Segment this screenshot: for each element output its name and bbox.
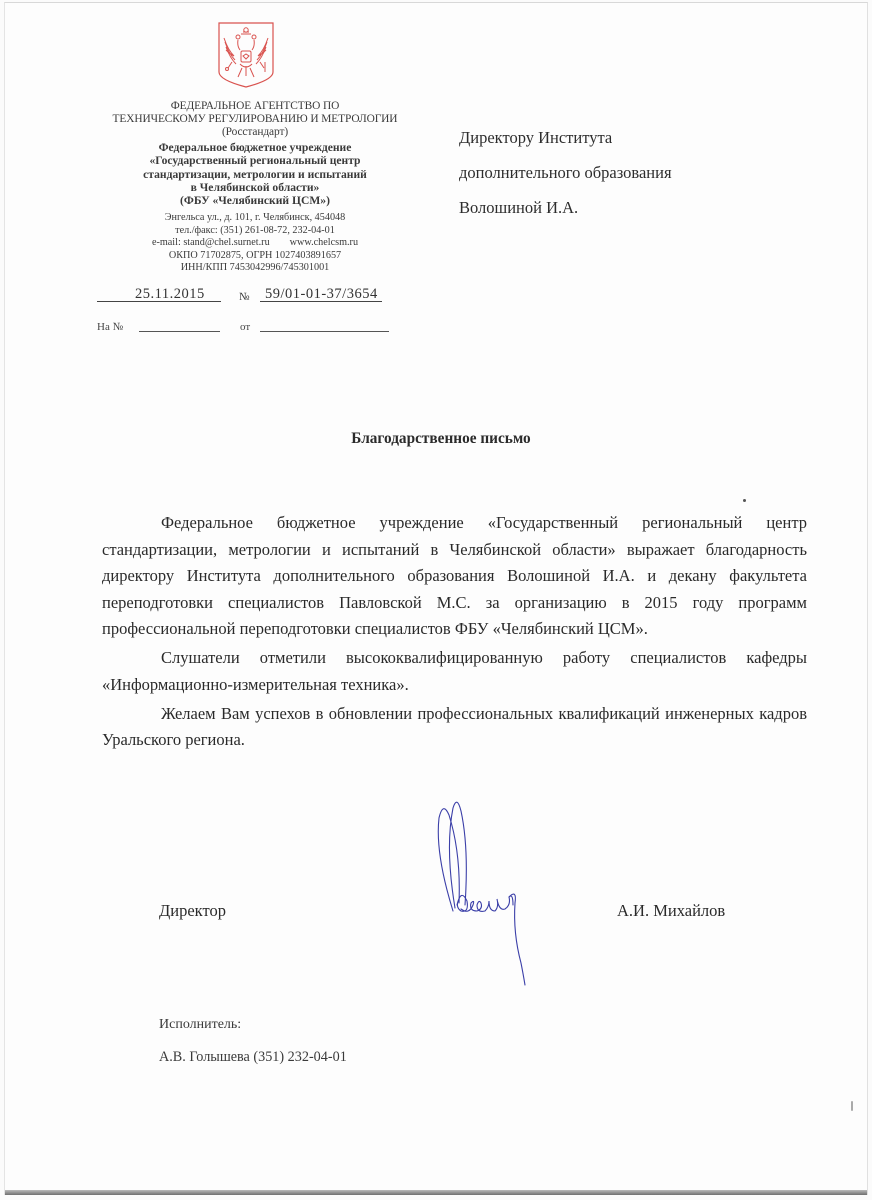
addressee-line: дополнительного образования: [459, 155, 672, 190]
outgoing-number: 59/01-01-37/3654: [265, 286, 378, 303]
reference-date-blank: [260, 331, 389, 332]
reference-date-label: от: [240, 321, 250, 333]
addressee-name: Волошиной И.А.: [459, 190, 672, 225]
phone-fax: тел./факс: (351) 261-08-72, 232-04-01: [105, 225, 405, 237]
document-title: Благодарственное письмо: [5, 430, 872, 448]
coat-of-arms-icon: [216, 20, 276, 90]
agency-abbreviation: (Росстандарт): [105, 126, 405, 139]
institution-line: Федеральное бюджетное учреждение: [105, 141, 405, 154]
scan-speck: [851, 1101, 853, 1111]
scan-bottom-edge: [5, 1190, 867, 1195]
executor-contact: А.В. Голышева (351) 232-04-01: [159, 1049, 347, 1066]
institution-line: «Государственный региональный центр: [105, 154, 405, 167]
agency-line: ТЕХНИЧЕСКОМУ РЕГУЛИРОВАНИЮ И МЕТРОЛОГИИ: [105, 113, 405, 126]
letter-page: ФЕДЕРАЛЬНОЕ АГЕНТСТВО ПО ТЕХНИЧЕСКОМУ РЕ…: [4, 2, 868, 1195]
email-website-line: e-mail: stand@chel.surnet.ruwww.chelcsm.…: [105, 237, 405, 249]
signatory-role: Директор: [159, 901, 226, 921]
scan-speck: [743, 499, 746, 502]
agency-name: ФЕДЕРАЛЬНОЕ АГЕНТСТВО ПО ТЕХНИЧЕСКОМУ РЕ…: [105, 100, 405, 139]
letter-body: Федеральное бюджетное учреждение «Госуда…: [102, 510, 807, 756]
website-link[interactable]: www.chelcsm.ru: [290, 237, 358, 248]
executor-label: Исполнитель:: [159, 1017, 241, 1033]
number-symbol: №: [239, 291, 250, 303]
agency-line: ФЕДЕРАЛЬНОЕ АГЕНТСТВО ПО: [105, 100, 405, 113]
signatory-name: А.И. Михайлов: [617, 901, 725, 921]
body-paragraph: Желаем Вам успехов в обновлении професси…: [102, 701, 807, 754]
registration-line: 25.11.2015 № 59/01-01-37/3654: [97, 285, 427, 305]
addressee-block: Директору Института дополнительного обра…: [459, 120, 672, 225]
handwritten-signature-icon: [425, 793, 545, 998]
letterhead: ФЕДЕРАЛЬНОЕ АГЕНТСТВО ПО ТЕХНИЧЕСКОМУ РЕ…: [105, 100, 405, 275]
addressee-line: Директору Института: [459, 120, 672, 155]
body-paragraph: Федеральное бюджетное учреждение «Госуда…: [102, 510, 807, 643]
institution-line: стандартизации, метрологии и испытаний: [105, 168, 405, 181]
body-paragraph: Слушатели отметили высококвалифицированн…: [102, 645, 807, 698]
address: Энгельса ул., д. 101, г. Челябинск, 4540…: [105, 212, 405, 224]
email-link[interactable]: e-mail: stand@chel.surnet.ru: [152, 237, 270, 248]
okpo-ogrn: ОКПО 71702875, ОГРН 1027403891657: [105, 250, 405, 262]
reference-number-label: На №: [97, 321, 123, 333]
institution-line: в Челябинской области»: [105, 181, 405, 194]
reference-number-blank: [139, 331, 220, 332]
contact-details: Энгельса ул., д. 101, г. Челябинск, 4540…: [105, 212, 405, 274]
reference-line: На № от: [97, 319, 397, 335]
inn-kpp: ИНН/КПП 7453042996/745301001: [105, 262, 405, 274]
outgoing-date: 25.11.2015: [135, 286, 205, 303]
institution-name: Федеральное бюджетное учреждение «Госуда…: [105, 141, 405, 207]
institution-abbreviation: (ФБУ «Челябинский ЦСМ»): [105, 194, 405, 207]
